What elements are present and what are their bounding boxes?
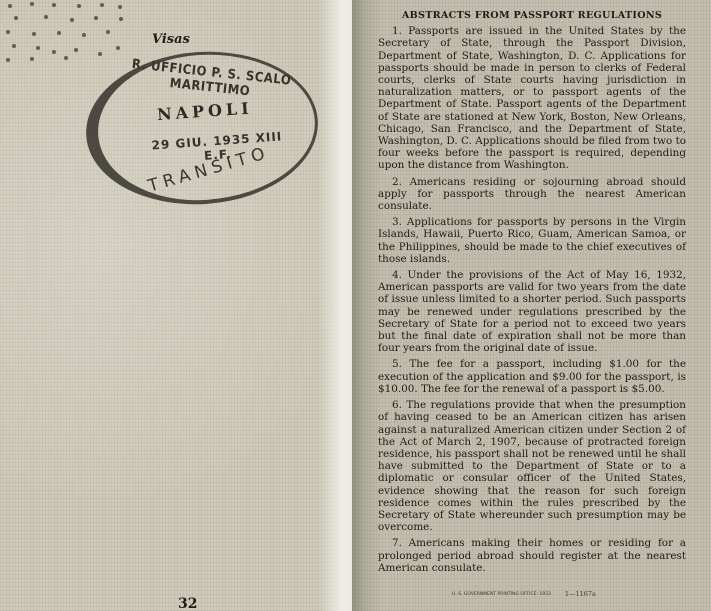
visas-page: Visas R. UFFICIO P. S. SCALO MARITTIMO N… [0, 0, 352, 611]
regulation-paragraph-7: 7. Americans making their homes or resid… [378, 537, 686, 574]
passport-spread: Visas R. UFFICIO P. S. SCALO MARITTIMO N… [0, 0, 711, 611]
regulations-page: ABSTRACTS FROM PASSPORT REGULATIONS 1. P… [352, 0, 711, 611]
form-code: 1—1167a [565, 590, 596, 598]
printer-imprint: U. S. GOVERNMENT PRINTING OFFICE: 1933 [452, 592, 551, 597]
regulation-paragraph-6: 6. The regulations provide that when the… [378, 399, 686, 533]
perforation-holes [2, 2, 132, 62]
regulation-paragraph-4: 4. Under the provisions of the Act of Ma… [378, 269, 686, 354]
page-gutter [318, 0, 352, 611]
page-number: 32 [178, 596, 197, 611]
napoli-transit-stamp: R. UFFICIO P. S. SCALO MARITTIMO NAPOLI … [81, 44, 323, 212]
regulations-text: ABSTRACTS FROM PASSPORT REGULATIONS 1. P… [378, 10, 686, 578]
regulation-paragraph-5: 5. The fee for a passport, including $1.… [378, 358, 686, 395]
visas-heading: Visas [152, 32, 190, 47]
regulation-paragraph-3: 3. Applications for passports by persons… [378, 216, 686, 265]
regulations-title: ABSTRACTS FROM PASSPORT REGULATIONS [378, 10, 686, 22]
printer-footer: U. S. GOVERNMENT PRINTING OFFICE: 1933 1… [452, 590, 692, 598]
regulation-paragraph-1: 1. Passports are issued in the United St… [378, 25, 686, 171]
regulation-paragraph-2: 2. Americans residing or sojourning abro… [378, 176, 686, 213]
